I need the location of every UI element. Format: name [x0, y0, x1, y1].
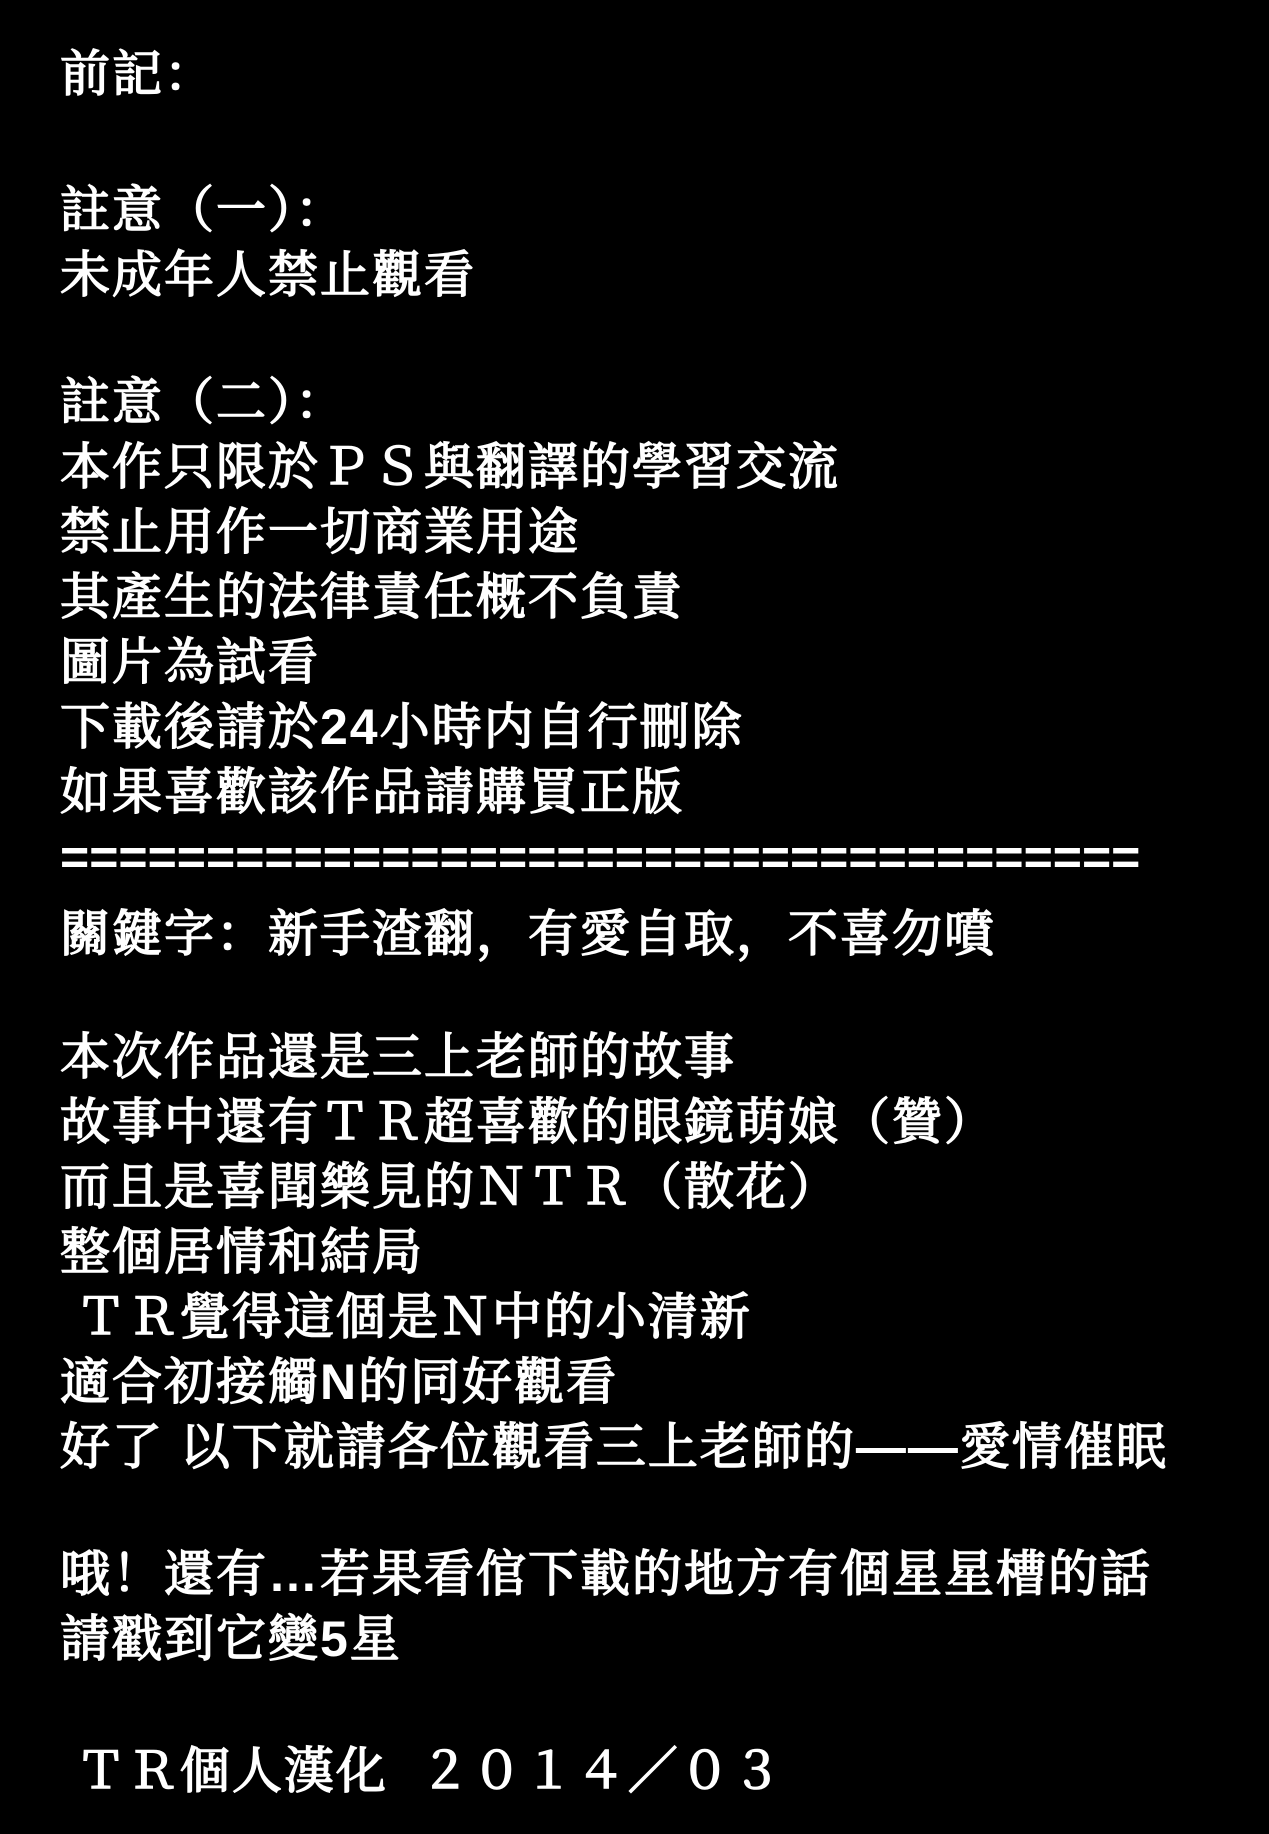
intro-line: 適合初接觸N的同好觀看: [60, 1350, 1229, 1415]
notice-2-heading: 註意（二）：: [60, 370, 1229, 435]
notice-2-section: 註意（二）： 本作只限於ＰＳ與翻譯的學習交流 禁止用作一切商業用途 其產生的法律…: [60, 370, 1229, 825]
notice-2-line: 圖片為試看: [60, 630, 1229, 695]
intro-line: 而且是喜聞樂見的ＮＴＲ（散花）: [60, 1155, 1229, 1220]
intro-line: 故事中還有ＴＲ超喜歡的眼鏡萌娘（贊）: [60, 1090, 1229, 1155]
intro-section: 本次作品還是三上老師的故事 故事中還有ＴＲ超喜歡的眼鏡萌娘（贊） 而且是喜聞樂見…: [60, 1025, 1229, 1480]
preface-title: 前記：: [60, 42, 1229, 107]
signature-line: ＴＲ個人漢化 ２０１４／０３: [60, 1739, 1229, 1804]
intro-line: 整個居情和結局: [60, 1220, 1229, 1285]
intro-line: 好了 以下就請各位觀看三上老師的——愛情催眠: [60, 1415, 1229, 1480]
notice-1-heading: 註意（一）：: [60, 178, 1229, 243]
notice-1-line: 未成年人禁止觀看: [60, 243, 1229, 308]
notice-2-line: 如果喜歡該作品請購買正版: [60, 760, 1229, 825]
notice-2-line: 本作只限於ＰＳ與翻譯的學習交流: [60, 435, 1229, 500]
divider: =====================================: [60, 825, 1229, 890]
intro-line: ＴＲ覺得這個是Ｎ中的小清新: [60, 1285, 1229, 1350]
preface-page: 前記： 註意（一）： 未成年人禁止觀看 註意（二）： 本作只限於ＰＳ與翻譯的學習…: [0, 0, 1269, 1834]
notice-2-line: 禁止用作一切商業用途: [60, 500, 1229, 565]
notice-2-line: 其產生的法律責任概不負責: [60, 565, 1229, 630]
postscript-line: 請戳到它變5星: [60, 1607, 1229, 1672]
postscript-section: 哦！還有…若果看倌下載的地方有個星星槽的話 請戳到它變5星: [60, 1542, 1229, 1672]
notice-1-section: 註意（一）： 未成年人禁止觀看: [60, 178, 1229, 308]
keywords-line: 關鍵字：新手渣翻，有愛自取，不喜勿噴: [60, 902, 1229, 967]
postscript-line: 哦！還有…若果看倌下載的地方有個星星槽的話: [60, 1542, 1229, 1607]
notice-2-line: 下載後請於24小時内自行刪除: [60, 695, 1229, 760]
intro-line: 本次作品還是三上老師的故事: [60, 1025, 1229, 1090]
